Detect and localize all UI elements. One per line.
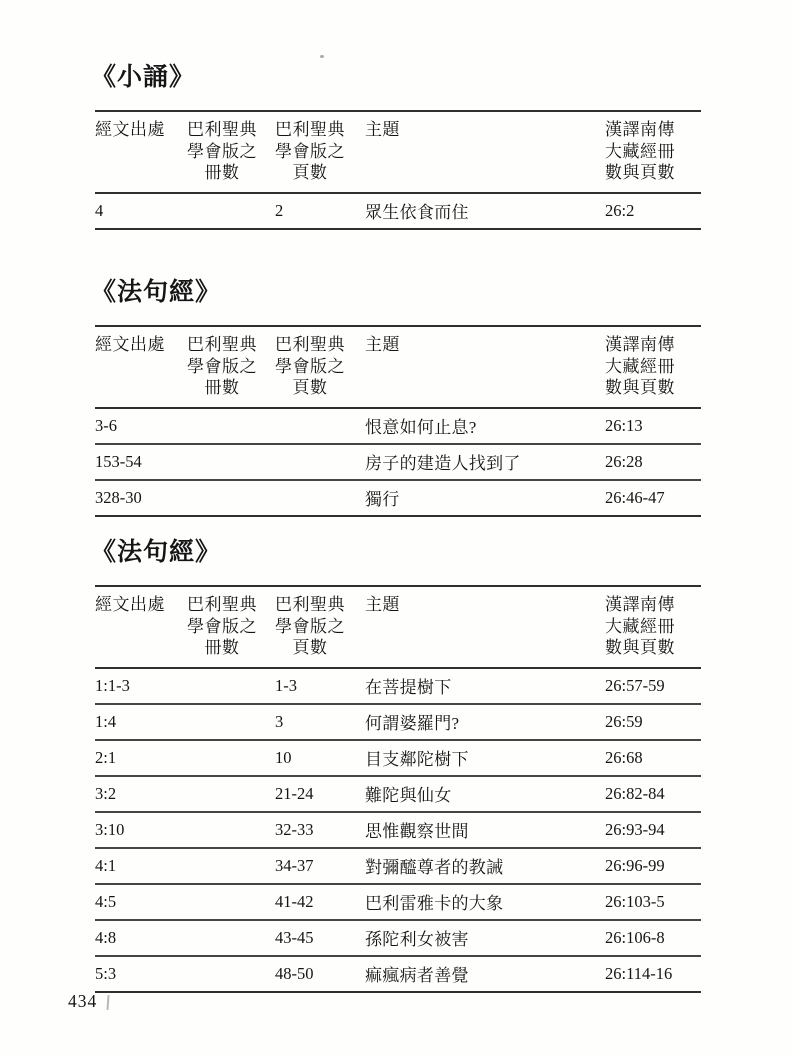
cell-pts-page: 2	[275, 201, 365, 221]
column-header-chinese-tripitaka-ref: 漢譯南傳大藏經冊數與頁數	[605, 119, 701, 184]
cell-topic: 眾生依食而住	[365, 198, 605, 223]
column-header-scripture-source: 經文出處	[95, 334, 187, 399]
cell-scripture-source: 3-6	[95, 416, 187, 436]
scan-artifact-tick	[107, 995, 110, 1010]
cell-topic: 房子的建造人找到了	[365, 449, 605, 474]
cell-topic: 何謂婆羅門?	[365, 709, 605, 734]
cell-topic: 難陀與仙女	[365, 781, 605, 806]
table-header-row: 經文出處巴利聖典學會版之冊數巴利聖典學會版之頁數主題漢譯南傳大藏經冊數與頁數	[95, 587, 701, 669]
cell-pts-page: 10	[275, 748, 365, 768]
cell-chinese-tripitaka-ref: 26:46-47	[605, 488, 701, 508]
column-header-topic: 主題	[365, 594, 605, 659]
sutta-section: 《小誦》 經文出處巴利聖典學會版之冊數巴利聖典學會版之頁數主題漢譯南傳大藏經冊數…	[95, 62, 701, 230]
column-header-chinese-tripitaka-ref: 漢譯南傳大藏經冊數與頁數	[605, 594, 701, 659]
sutta-section: 《法句經》 經文出處巴利聖典學會版之冊數巴利聖典學會版之頁數主題漢譯南傳大藏經冊…	[95, 537, 701, 993]
cell-chinese-tripitaka-ref: 26:68	[605, 748, 701, 768]
cell-topic: 痲瘋病者善覺	[365, 961, 605, 986]
cell-chinese-tripitaka-ref: 26:57-59	[605, 676, 701, 696]
cell-pts-page: 1-3	[275, 676, 365, 696]
cell-chinese-tripitaka-ref: 26:82-84	[605, 784, 701, 804]
cell-pts-page: 48-50	[275, 964, 365, 984]
document-page: 《小誦》 經文出處巴利聖典學會版之冊數巴利聖典學會版之頁數主題漢譯南傳大藏經冊數…	[0, 0, 792, 1056]
sutta-section: 《法句經》 經文出處巴利聖典學會版之冊數巴利聖典學會版之頁數主題漢譯南傳大藏經冊…	[95, 277, 701, 517]
column-header-topic: 主題	[365, 334, 605, 399]
cell-chinese-tripitaka-ref: 26:96-99	[605, 856, 701, 876]
table-row: 5:348-50痲瘋病者善覺26:114-16	[95, 957, 701, 993]
reference-table: 經文出處巴利聖典學會版之冊數巴利聖典學會版之頁數主題漢譯南傳大藏經冊數與頁數 4…	[95, 110, 701, 230]
cell-topic: 孫陀利女被害	[365, 925, 605, 950]
table-row: 4:541-42巴利雷雅卡的大象26:103-5	[95, 885, 701, 921]
cell-topic: 在菩提樹下	[365, 673, 605, 698]
cell-scripture-source: 3:10	[95, 820, 187, 840]
cell-chinese-tripitaka-ref: 26:93-94	[605, 820, 701, 840]
cell-scripture-source: 1:1-3	[95, 676, 187, 696]
section-title: 《小誦》	[91, 62, 701, 94]
cell-chinese-tripitaka-ref: 26:114-16	[605, 964, 701, 984]
table-row: 3:221-24難陀與仙女26:82-84	[95, 777, 701, 813]
column-header-pts-page: 巴利聖典學會版之頁數	[275, 594, 365, 659]
table-row: 3:1032-33思惟觀察世間26:93-94	[95, 813, 701, 849]
column-header-scripture-source: 經文出處	[95, 594, 187, 659]
table-row: 42眾生依食而住26:2	[95, 194, 701, 230]
cell-topic: 目支鄰陀樹下	[365, 745, 605, 770]
cell-pts-page: 32-33	[275, 820, 365, 840]
cell-scripture-source: 4	[95, 201, 187, 221]
column-header-pts-page: 巴利聖典學會版之頁數	[275, 334, 365, 399]
cell-topic: 獨行	[365, 485, 605, 510]
cell-pts-page: 43-45	[275, 928, 365, 948]
table-row: 4:843-45孫陀利女被害26:106-8	[95, 921, 701, 957]
table-body: 42眾生依食而住26:2	[95, 194, 701, 230]
column-header-pts-volume: 巴利聖典學會版之冊數	[187, 119, 275, 184]
cell-topic: 對彌醯尊者的教誡	[365, 853, 605, 878]
cell-scripture-source: 5:3	[95, 964, 187, 984]
table-header-row: 經文出處巴利聖典學會版之冊數巴利聖典學會版之頁數主題漢譯南傳大藏經冊數與頁數	[95, 327, 701, 409]
cell-pts-page: 41-42	[275, 892, 365, 912]
cell-pts-page: 34-37	[275, 856, 365, 876]
cell-chinese-tripitaka-ref: 26:59	[605, 712, 701, 732]
reference-table: 經文出處巴利聖典學會版之冊數巴利聖典學會版之頁數主題漢譯南傳大藏經冊數與頁數 1…	[95, 585, 701, 993]
cell-scripture-source: 153-54	[95, 452, 187, 472]
cell-scripture-source: 2:1	[95, 748, 187, 768]
cell-topic: 思惟觀察世間	[365, 817, 605, 842]
table-body: 1:1-31-3在菩提樹下26:57-591:43何謂婆羅門?26:592:11…	[95, 669, 701, 993]
column-header-pts-volume: 巴利聖典學會版之冊數	[187, 594, 275, 659]
table-row: 153-54房子的建造人找到了26:28	[95, 445, 701, 481]
table-row: 4:134-37對彌醯尊者的教誡26:96-99	[95, 849, 701, 885]
cell-pts-page: 21-24	[275, 784, 365, 804]
table-row: 1:43何謂婆羅門?26:59	[95, 705, 701, 741]
table-row: 1:1-31-3在菩提樹下26:57-59	[95, 669, 701, 705]
cell-topic: 恨意如何止息?	[365, 413, 605, 438]
table-row: 328-30獨行26:46-47	[95, 481, 701, 517]
cell-scripture-source: 4:1	[95, 856, 187, 876]
cell-scripture-source: 1:4	[95, 712, 187, 732]
reference-table: 經文出處巴利聖典學會版之冊數巴利聖典學會版之頁數主題漢譯南傳大藏經冊數與頁數 3…	[95, 325, 701, 517]
cell-scripture-source: 328-30	[95, 488, 187, 508]
cell-chinese-tripitaka-ref: 26:13	[605, 416, 701, 436]
cell-chinese-tripitaka-ref: 26:106-8	[605, 928, 701, 948]
section-title: 《法句經》	[91, 537, 701, 569]
table-header-row: 經文出處巴利聖典學會版之冊數巴利聖典學會版之頁數主題漢譯南傳大藏經冊數與頁數	[95, 112, 701, 194]
table-row: 3-6恨意如何止息?26:13	[95, 409, 701, 445]
cell-scripture-source: 3:2	[95, 784, 187, 804]
page-number: 434	[68, 991, 97, 1011]
cell-chinese-tripitaka-ref: 26:2	[605, 201, 701, 221]
table-row: 2:110目支鄰陀樹下26:68	[95, 741, 701, 777]
column-header-topic: 主題	[365, 119, 605, 184]
cell-topic: 巴利雷雅卡的大象	[365, 889, 605, 914]
cell-chinese-tripitaka-ref: 26:103-5	[605, 892, 701, 912]
column-header-scripture-source: 經文出處	[95, 119, 187, 184]
column-header-chinese-tripitaka-ref: 漢譯南傳大藏經冊數與頁數	[605, 334, 701, 399]
cell-scripture-source: 4:8	[95, 928, 187, 948]
column-header-pts-volume: 巴利聖典學會版之冊數	[187, 334, 275, 399]
scan-artifact-dot	[320, 55, 324, 58]
page-footer: 434	[68, 991, 109, 1012]
cell-chinese-tripitaka-ref: 26:28	[605, 452, 701, 472]
column-header-pts-page: 巴利聖典學會版之頁數	[275, 119, 365, 184]
cell-pts-page: 3	[275, 712, 365, 732]
section-title: 《法句經》	[91, 277, 701, 309]
table-body: 3-6恨意如何止息?26:13153-54房子的建造人找到了26:28328-3…	[95, 409, 701, 517]
cell-scripture-source: 4:5	[95, 892, 187, 912]
